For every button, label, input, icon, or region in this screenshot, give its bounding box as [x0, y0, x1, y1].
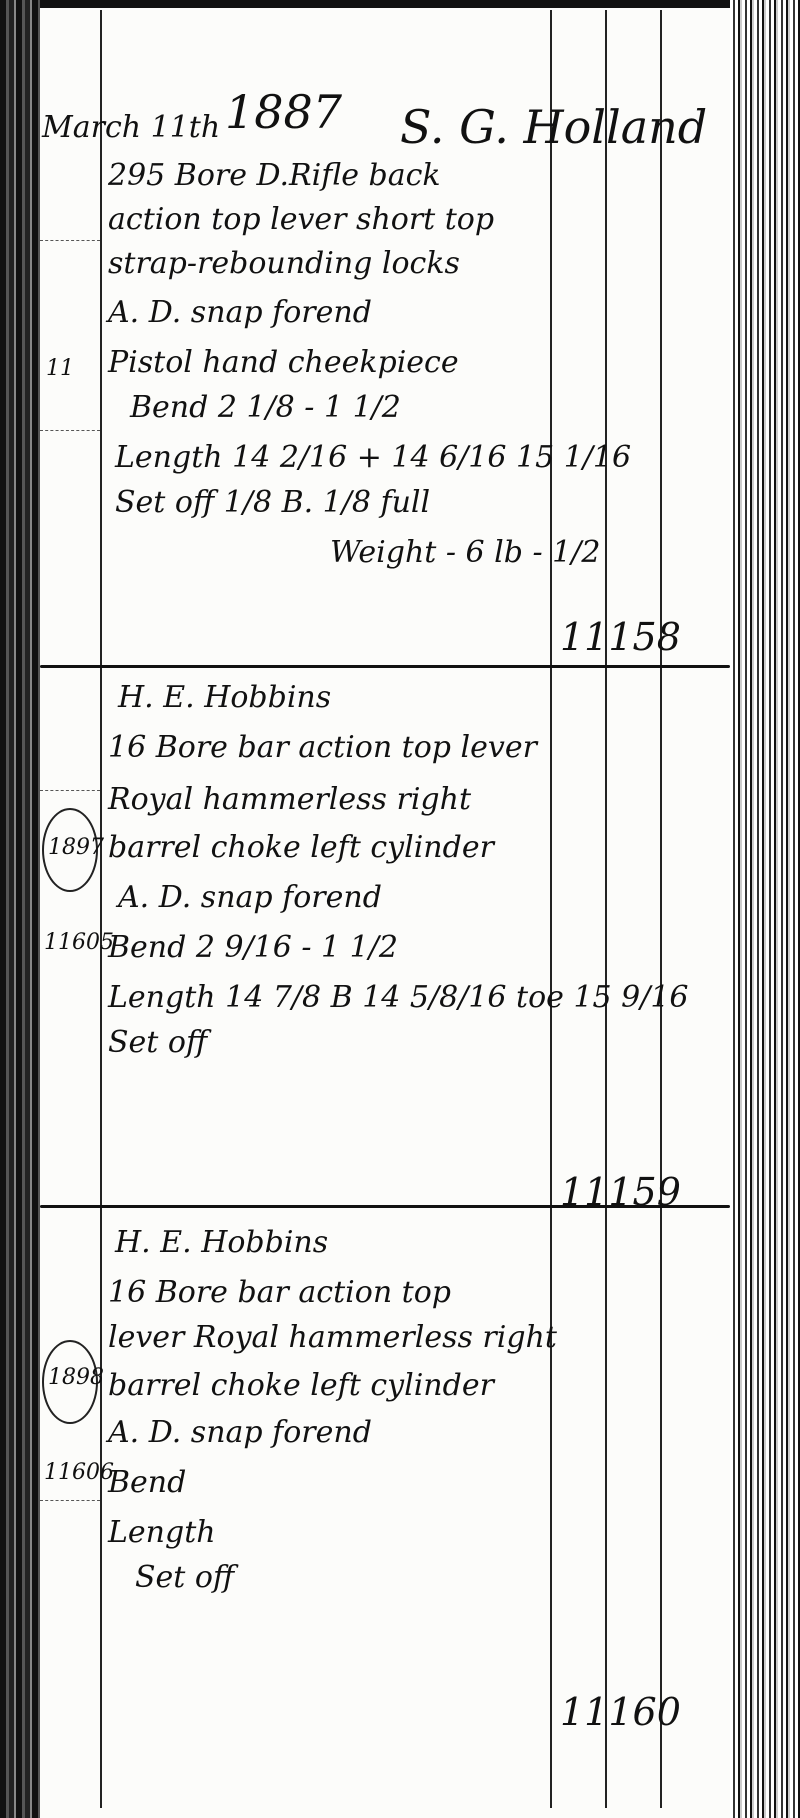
entry-line: 16 Bore bar action top — [108, 1275, 451, 1310]
serial-number: 11160 — [560, 1690, 681, 1734]
column-line-1 — [550, 10, 552, 1808]
entry-line: Weight - 6 lb - 1/2 — [330, 535, 600, 570]
entry-line: Set off 1/8 B. 1/8 full — [115, 485, 430, 520]
customer-name: H. E. Hobbins — [115, 1225, 328, 1260]
page-top-edge — [0, 0, 800, 8]
page-edge-right — [730, 0, 800, 1818]
entry-line: strap-rebounding locks — [108, 246, 460, 281]
serial-number: 11158 — [560, 615, 681, 659]
margin-column-line — [100, 10, 102, 1808]
margin-dash — [40, 1500, 100, 1501]
margin-number: 11 — [46, 356, 74, 381]
column-line-2 — [605, 10, 607, 1808]
entry-line: barrel choke left cylinder — [108, 830, 494, 865]
entry-line: action top lever short top — [108, 202, 494, 237]
entry-line: Bend 2 1/8 - 1 1/2 — [130, 390, 401, 425]
entry-line: 295 Bore D.Rifle back — [108, 158, 441, 193]
entry-line: Set off — [108, 1025, 207, 1060]
entry-year: 1887 — [225, 85, 342, 139]
entry-line: barrel choke left cylinder — [108, 1368, 494, 1403]
entry-line: Set off — [135, 1560, 234, 1595]
entry-line: Bend 2 9/16 - 1 1/2 — [108, 930, 398, 965]
entry-divider — [40, 1205, 730, 1208]
margin-number: 11606 — [44, 1460, 114, 1485]
entry-line: Bend — [108, 1465, 186, 1500]
margin-dash — [40, 240, 100, 241]
ledger-page: March 11th 1887 S. G. Holland 11 295 Bor… — [0, 0, 800, 1818]
entry-line: 16 Bore bar action top lever — [108, 730, 537, 765]
margin-circled-number: 1897 — [48, 835, 104, 860]
entry-line: A. D. snap forend — [108, 295, 372, 330]
entry-line: A. D. snap forend — [118, 880, 382, 915]
margin-dash — [40, 790, 100, 791]
margin-circled-number: 1898 — [48, 1365, 104, 1390]
entry-line: Length 14 2/16 + 14 6/16 15 1/16 — [115, 440, 631, 475]
entry-divider — [40, 665, 730, 668]
column-line-3 — [660, 10, 662, 1808]
customer-name: S. G. Holland — [400, 100, 707, 154]
entry-line: lever Royal hammerless right — [108, 1320, 557, 1355]
entry-line: Length — [108, 1515, 216, 1550]
customer-name: H. E. Hobbins — [118, 680, 331, 715]
entry-date: March 11th — [42, 110, 220, 145]
entry-line: Royal hammerless right — [108, 782, 471, 817]
entry-line: Pistol hand cheekpiece — [108, 345, 459, 380]
margin-dash — [40, 430, 100, 431]
entry-line: A. D. snap forend — [108, 1415, 372, 1450]
entry-line: Length 14 7/8 B 14 5/8/16 toe 15 9/16 — [108, 980, 689, 1015]
book-spine-shadow — [0, 0, 40, 1818]
margin-number: 11605 — [44, 930, 114, 955]
